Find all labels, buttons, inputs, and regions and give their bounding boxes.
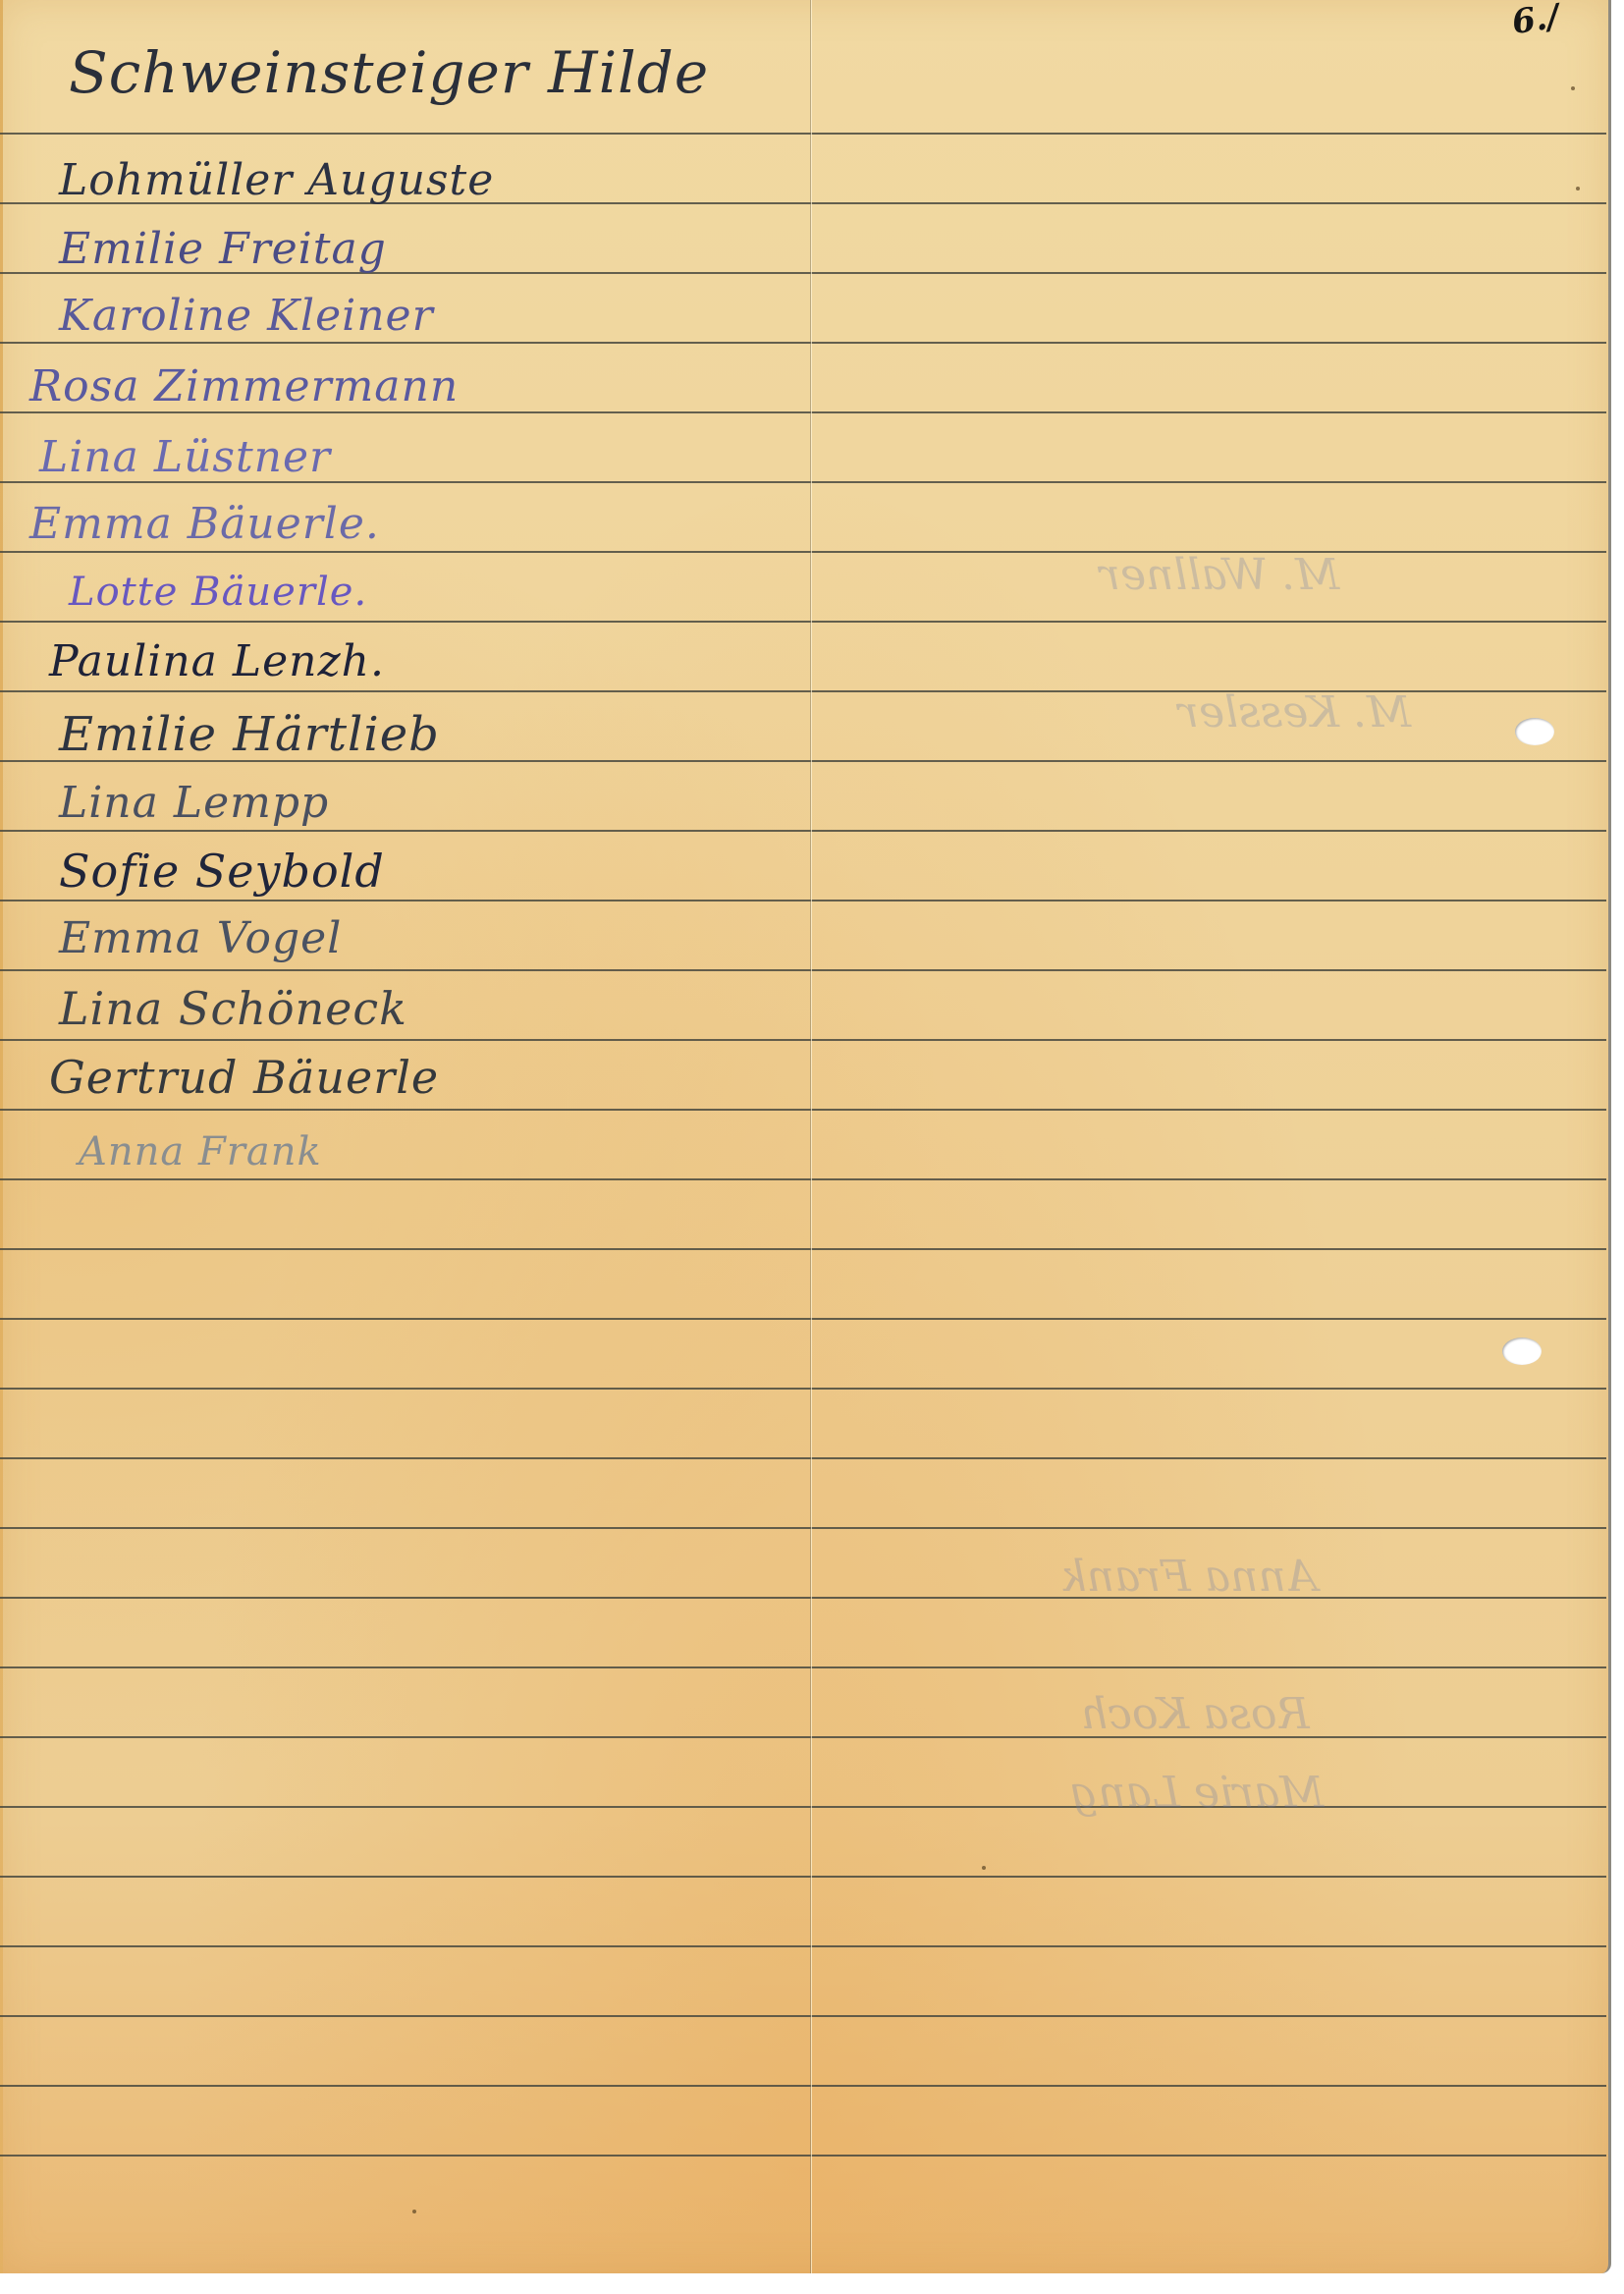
rule-line xyxy=(0,1039,1606,1041)
list-item-name: Lohmüller Auguste xyxy=(59,155,494,205)
list-item-name: Anna Frank xyxy=(79,1129,322,1174)
page-number: 6./ xyxy=(1509,0,1561,42)
rule-line xyxy=(0,411,1606,413)
list-item-name: Paulina Lenzh. xyxy=(49,636,385,686)
list-item-name: Emma Bäuerle. xyxy=(29,499,380,549)
list-item-name: Lina Schöneck xyxy=(59,982,407,1035)
list-item-name: Lina Lüstner xyxy=(39,432,331,482)
list-item-name: Emilie Freitag xyxy=(59,224,387,274)
rule-line xyxy=(0,900,1606,901)
rule-line xyxy=(0,1806,1606,1808)
rule-line xyxy=(0,1109,1606,1111)
rule-line xyxy=(0,1736,1606,1738)
bleed-through-line: M. Kessler xyxy=(1178,687,1411,737)
rule-line xyxy=(0,969,1606,971)
rule-line xyxy=(0,342,1606,344)
bleed-through-line: M. Wallner xyxy=(1100,550,1339,600)
list-header-name: Schweinsteiger Hilde xyxy=(69,39,709,106)
punch-hole xyxy=(1502,1338,1542,1365)
rule-line xyxy=(0,2015,1606,2017)
list-item-name: Rosa Zimmermann xyxy=(29,361,459,411)
paper-speck xyxy=(1571,86,1575,90)
rule-line xyxy=(0,830,1606,832)
paper-sheet: M. WallnerM. KesslerAnna FrankRosa KochM… xyxy=(0,0,1611,2273)
rule-line xyxy=(0,621,1606,623)
rule-line xyxy=(0,133,1606,135)
punch-hole xyxy=(1515,718,1554,745)
rule-line xyxy=(0,1388,1606,1390)
list-item-name: Karoline Kleiner xyxy=(59,291,434,341)
list-item-name: Gertrud Bäuerle xyxy=(49,1051,439,1104)
list-item-name: Lotte Bäuerle. xyxy=(69,570,367,615)
rule-line xyxy=(0,551,1606,553)
list-item-name: Lina Lempp xyxy=(59,778,329,828)
rule-line xyxy=(0,1945,1606,1947)
rule-line xyxy=(0,1457,1606,1459)
bleed-through-line: Anna Frank xyxy=(1060,1552,1317,1602)
bleed-through-line: Rosa Koch xyxy=(1080,1689,1310,1739)
list-item-name: Emma Vogel xyxy=(59,913,342,963)
list-item-name: Sofie Seybold xyxy=(59,845,385,898)
rule-line xyxy=(0,1178,1606,1180)
paper-speck xyxy=(982,1866,986,1870)
paper-speck xyxy=(1576,187,1580,191)
paper-speck xyxy=(412,2210,416,2213)
rule-line xyxy=(0,1666,1606,1668)
rule-line xyxy=(0,2085,1606,2087)
list-item-name: Emilie Härtlieb xyxy=(59,707,440,762)
rule-line xyxy=(0,1527,1606,1529)
rule-line xyxy=(0,1248,1606,1250)
bleed-through-line: Marie Lang xyxy=(1070,1768,1324,1818)
rule-line xyxy=(0,2155,1606,2157)
center-fold-line xyxy=(810,0,811,2273)
rule-line xyxy=(0,1318,1606,1320)
rule-line xyxy=(0,1597,1606,1599)
rule-line xyxy=(0,1876,1606,1878)
